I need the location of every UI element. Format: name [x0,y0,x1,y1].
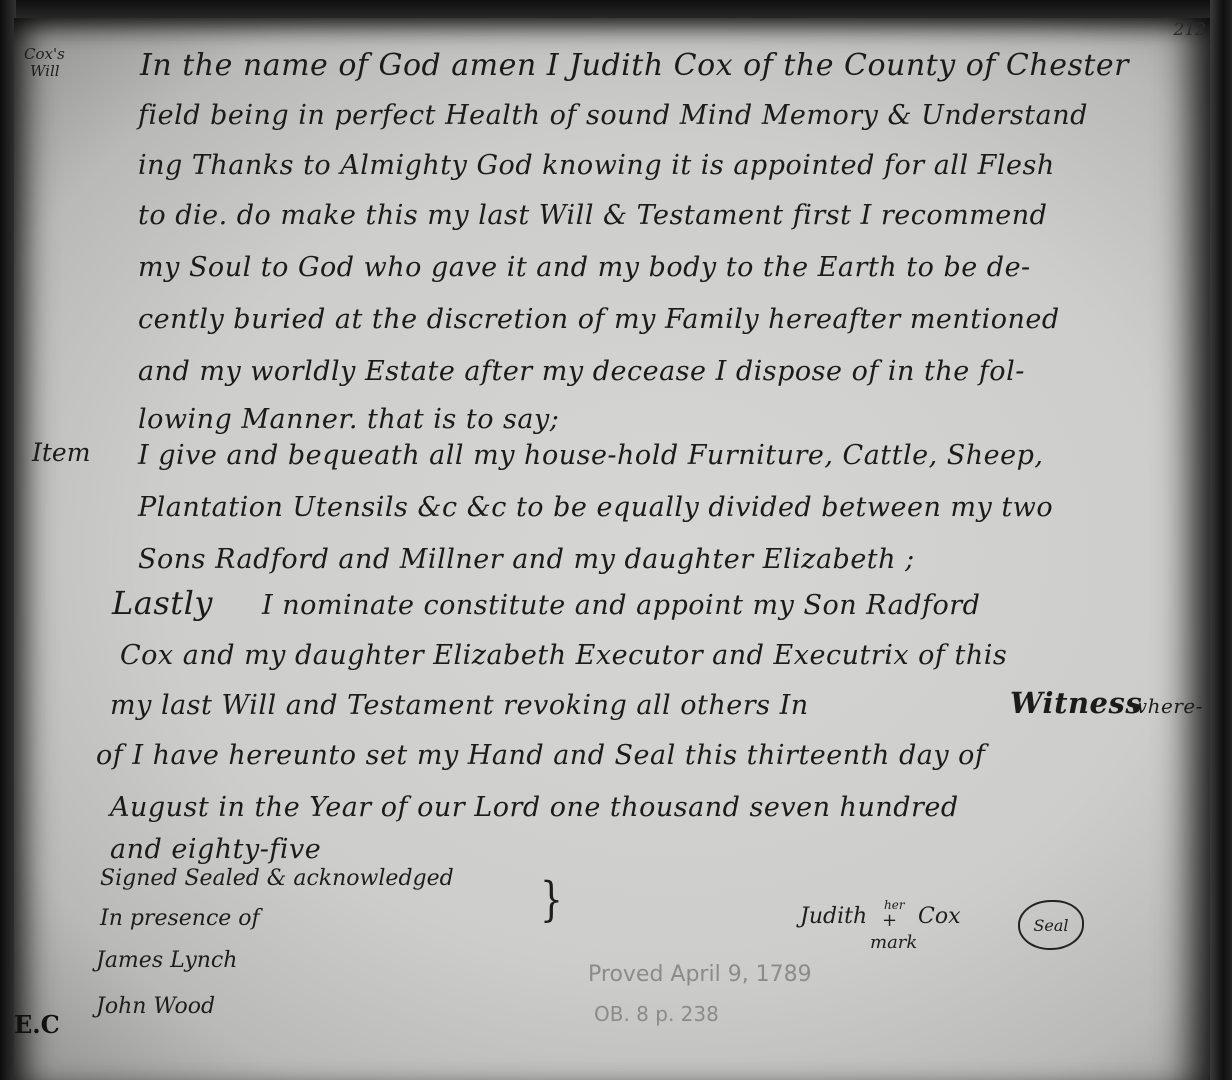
witness-name-2: John Wood [96,994,215,1019]
body-line-2: field being in perfect Health of sound M… [138,100,1088,131]
lastly-line-5: August in the Year of our Lord one thous… [110,792,959,823]
scan-top-border [0,0,1232,20]
probate-note-line-1: Proved April 9, 1789 [588,962,812,987]
item-line-2: Plantation Utensils &c &c to be equally … [138,492,1053,523]
witness-name-1: James Lynch [96,948,237,973]
body-line-8: lowing Manner. that is to say; [138,404,559,435]
body-line-3: ing Thanks to Almighty God knowing it is… [138,150,1055,181]
corner-mark: E.C [14,1010,60,1039]
margin-note-line-1: Cox's [24,46,65,63]
probate-note-line-2: OB. 8 p. 238 [594,1002,719,1026]
signature-first-name: Judith [800,904,867,929]
body-line-7: and my worldly Estate after my decease I… [138,356,1025,387]
attestation-line-2: In presence of [100,906,260,931]
body-line-4: to die. do make this my last Will & Test… [138,200,1047,231]
witness-word: Witness [1010,686,1142,720]
item-line-1: I give and bequeath all my house-hold Fu… [138,440,1043,471]
scan-right-border [1210,0,1232,1080]
seal-label: Seal [1033,916,1068,935]
attestation-line-1: Signed Sealed & acknowledged [100,866,454,891]
lastly-line-2: Cox and my daughter Elizabeth Executor a… [120,640,1007,671]
margin-note-line-2: Will [30,63,65,80]
item-label: Item [32,438,90,467]
scanned-document: 212 Cox's Will In the name of God amen I… [0,0,1232,1080]
item-line-3: Sons Radford and Millner and my daughter… [138,544,915,575]
brace-mark: } [540,874,563,927]
body-line-5: my Soul to God who gave it and my body t… [138,252,1031,283]
body-line-6: cently buried at the discretion of my Fa… [138,304,1060,335]
seal-mark: Seal [1018,900,1084,950]
page-number: 212 [1174,20,1206,40]
lastly-line-6: and eighty-five [110,834,321,865]
lastly-line-4: of I have hereunto set my Hand and Seal … [96,740,985,771]
margin-note: Cox's Will [24,46,65,80]
lastly-line-1: I nominate constitute and appoint my Son… [262,590,980,621]
lastly-line-3: my last Will and Testament revoking all … [110,690,809,721]
body-line-1: In the name of God amen I Judith Cox of … [140,48,1129,83]
signature-mark-symbol: + [882,910,897,931]
signature-mark-label: mark [870,932,917,953]
witness-tail: where- [1130,694,1203,718]
signature-last-name: Cox [918,904,961,929]
lastly-word: Lastly [112,584,213,622]
